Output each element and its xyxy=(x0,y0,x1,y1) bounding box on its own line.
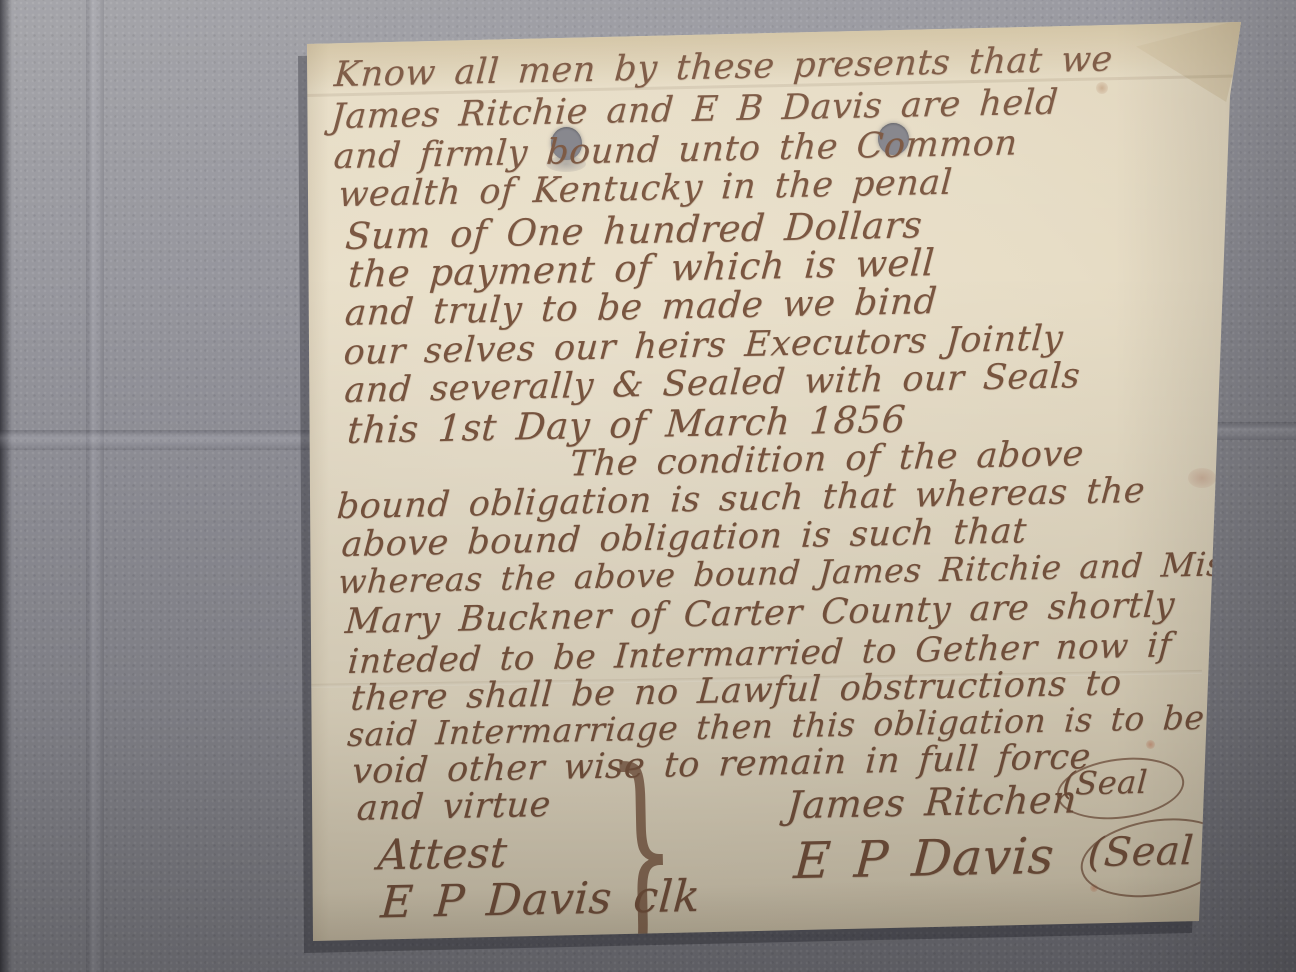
signature-james-ritchen: James Ritchen xyxy=(786,780,1079,824)
photo-scene: Know all men by these presents that we J… xyxy=(0,0,1296,972)
signature-ep-davis: E P Davis xyxy=(792,831,1056,886)
attest-brace: } xyxy=(606,765,678,934)
handwritten-line: and virtue xyxy=(356,788,552,827)
tile-groove-vertical xyxy=(86,0,104,972)
attest-label: Attest xyxy=(376,832,508,877)
handwriting-layer: Know all men by these presents that we J… xyxy=(299,12,1263,955)
tile-groove-horizontal-left xyxy=(0,430,314,450)
floor-left-edge xyxy=(0,0,12,972)
